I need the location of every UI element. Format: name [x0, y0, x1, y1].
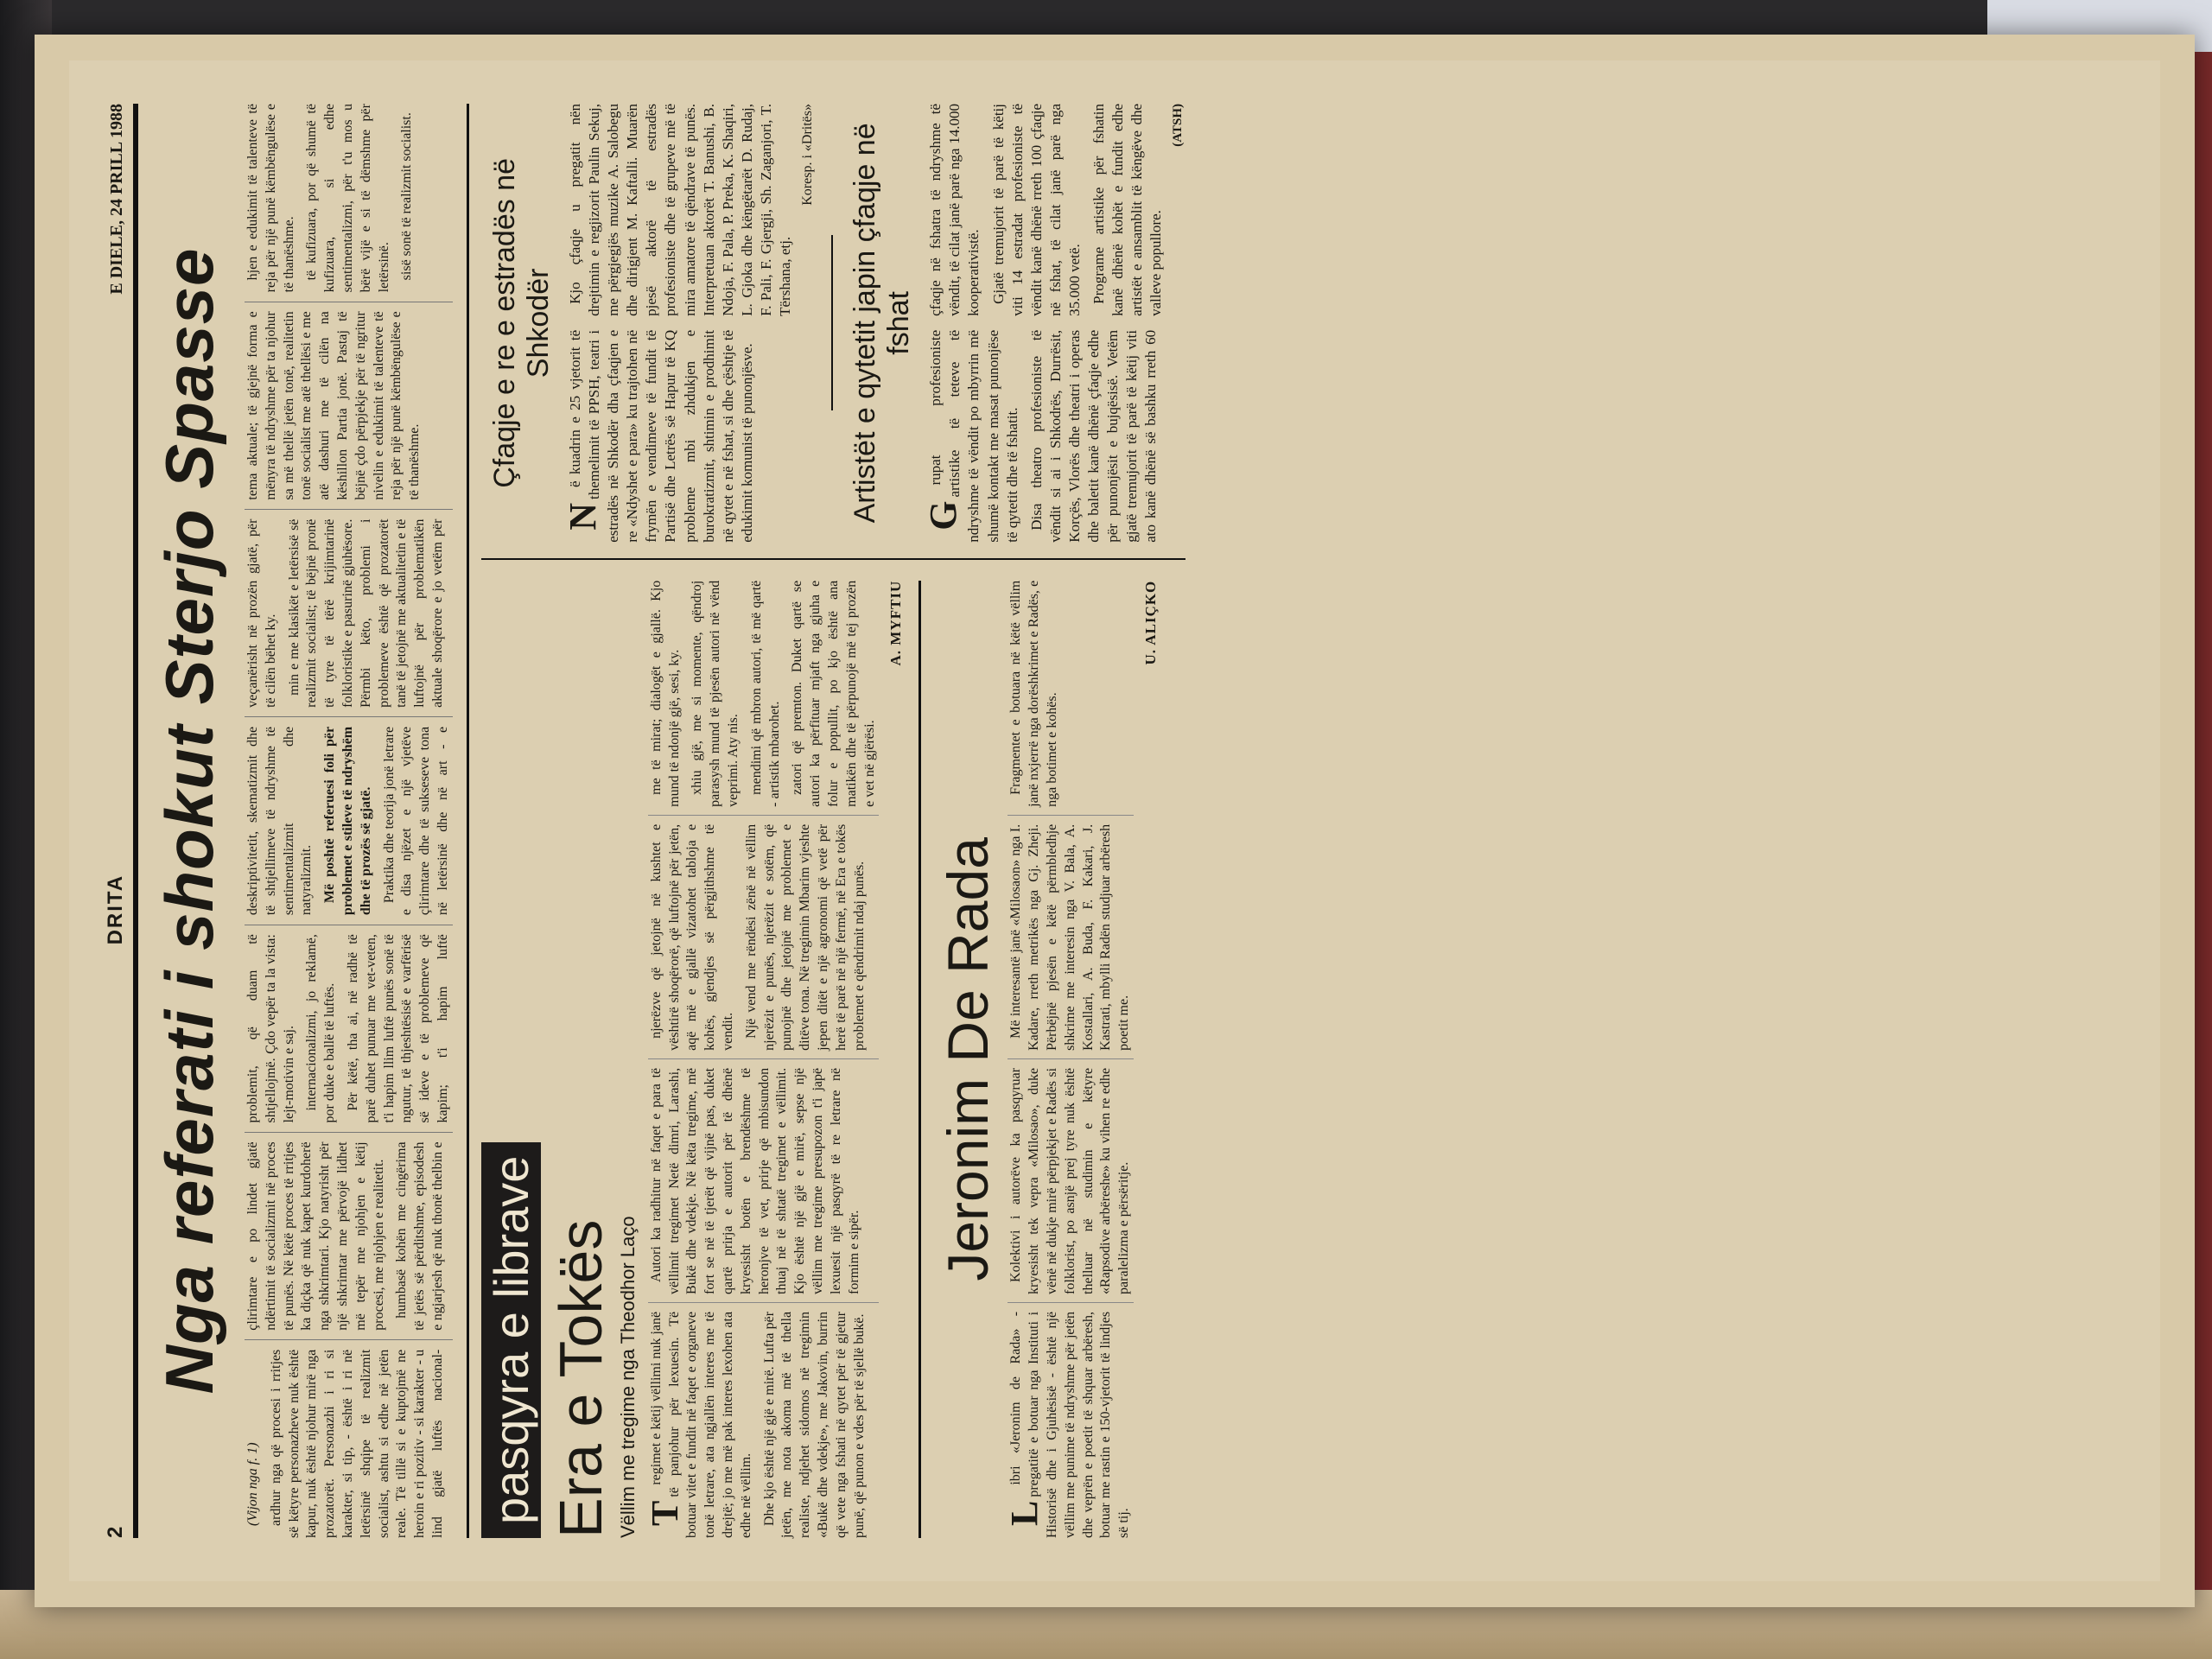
shkoder-body: Në kuadrin e 25 vjetorit të themelimit t… [566, 104, 795, 543]
paragraph: Gjatë tremujorit të parë të këtij viti 1… [989, 104, 1084, 316]
masthead: 2 DRITA E DIELE, 24 PRILL 1988 [104, 104, 138, 1538]
paragraph: hjen e edukimit të talenteve të reja për… [245, 104, 298, 292]
book-review-author: A. MYFTIU [887, 581, 905, 1538]
shkoder-title: Çfaqje e re e estradës në Shkodër [488, 104, 556, 543]
left-lower-column: pasqyra e librave Era e Tokës Vëllim me … [481, 581, 1186, 1538]
paragraph: sisë sonë të realizmit socialist. [398, 104, 416, 292]
newspaper-name: DRITA [104, 874, 128, 945]
paragraph: Fragmentet e botuara në këtë vëllim janë… [1007, 581, 1061, 807]
paragraph: Kolektivi i autorëve ka pasqyruar kryesi… [1007, 1068, 1134, 1294]
paragraph: njerëzve që jetojnë në kushtet e vështir… [648, 824, 738, 1051]
lower-section: pasqyra e librave Era e Tokës Vëllim me … [481, 104, 1186, 1538]
main-article-body: (Vijon nga f. 1) ardhur nga që procesi i… [245, 104, 453, 1538]
paragraph: zatori që premton. Duket qartë se autori… [789, 581, 879, 807]
book-review-body: Tregimet e këtij vëllimi nuk janë të pan… [648, 581, 880, 1538]
paragraph: Një vend me rëndësi zënë në vëllim njerë… [743, 824, 869, 1051]
book-binding-edge [2195, 52, 2212, 1659]
paragraph: Tregimet e këtij vëllimi nuk janë të pan… [648, 1312, 756, 1538]
paragraph: Autori ka radhitur në faqet e para të vë… [648, 1068, 864, 1294]
section-banner: pasqyra e librave [481, 1142, 541, 1538]
de-rada-author: U. ALIÇKO [1142, 581, 1160, 1538]
shkoder-article: Çfaqje e re e estradës në Shkodër Në kua… [488, 104, 816, 543]
paragraph: Më interesantë janë «Milosaon» nga I. Ka… [1007, 824, 1134, 1051]
newspaper-sheet: 2 DRITA E DIELE, 24 PRILL 1988 Nga refer… [35, 35, 2195, 1607]
right-lower-column: Çfaqje e re e estradës në Shkodër Në kua… [481, 104, 1186, 560]
newspaper-page: 2 DRITA E DIELE, 24 PRILL 1988 Nga refer… [69, 60, 2160, 1581]
paragraph: Më poshtë referuesi foli për problemet e… [321, 727, 375, 915]
book-review-title: Era e Tokës [546, 581, 615, 1538]
book-review-subtitle: Vëllim me tregime nga Theodhor Laço [617, 581, 639, 1538]
village-body: Grupat profesioniste artistike të teteve… [926, 104, 1166, 543]
paragraph: xhiu gjë, me si momente, qëndroj parasys… [689, 581, 742, 807]
main-headline: Nga referati i shokut Sterjo Spasse [150, 104, 229, 1538]
paragraph: Programe artistike për fshatin kanë dhën… [1090, 104, 1166, 316]
book-review: pasqyra e librave Era e Tokës Vëllim me … [481, 581, 906, 1538]
continued-note: (Vijon nga f. 1) [245, 1350, 263, 1538]
main-article: Nga referati i shokut Sterjo Spasse (Vij… [150, 104, 469, 1538]
paragraph: të kufizuara, por që shumë të kufizuara,… [303, 104, 393, 292]
section-divider [918, 581, 921, 1538]
short-divider [831, 235, 833, 410]
paragraph: me të mirat; dialogët e gjallë. Kjo mund… [648, 581, 684, 807]
paragraph: internacionalizmi, jo reklamë, por duke … [303, 934, 340, 1122]
village-credit: (ATSH) [1171, 104, 1185, 543]
paragraph: Grupat profesioniste artistike të teteve… [926, 330, 1021, 543]
shkoder-credit: Koresp. i «Dritës» [800, 104, 816, 543]
paragraph: Dhe kjo është një gjë e mirë. Lufta për … [761, 1312, 869, 1538]
page-number: 2 [104, 1525, 128, 1538]
paragraph: mendimi që mbron autori, të më qartë - a… [748, 581, 785, 807]
issue-date: E DIELE, 24 PRILL 1988 [107, 104, 127, 295]
de-rada-article: Jeronim De Rada Libri «Jeronim de Rada» … [935, 581, 1160, 1538]
village-article: Artistët e qytetit japin çfaqje në fshat… [849, 104, 1185, 543]
paragraph: Kjo çfaqje u pregatit nën drejtimin e re… [566, 104, 795, 316]
de-rada-body: Libri «Jeronim de Rada» - pregatitë e bo… [1007, 581, 1134, 1538]
village-title: Artistët e qytetit japin çfaqje në fshat [849, 104, 916, 543]
paragraph: Libri «Jeronim de Rada» - pregatitë e bo… [1007, 1312, 1134, 1538]
paragraph: Në kuadrin e 25 vjetorit të themelimit t… [566, 330, 757, 543]
de-rada-title: Jeronim De Rada [935, 581, 1001, 1538]
